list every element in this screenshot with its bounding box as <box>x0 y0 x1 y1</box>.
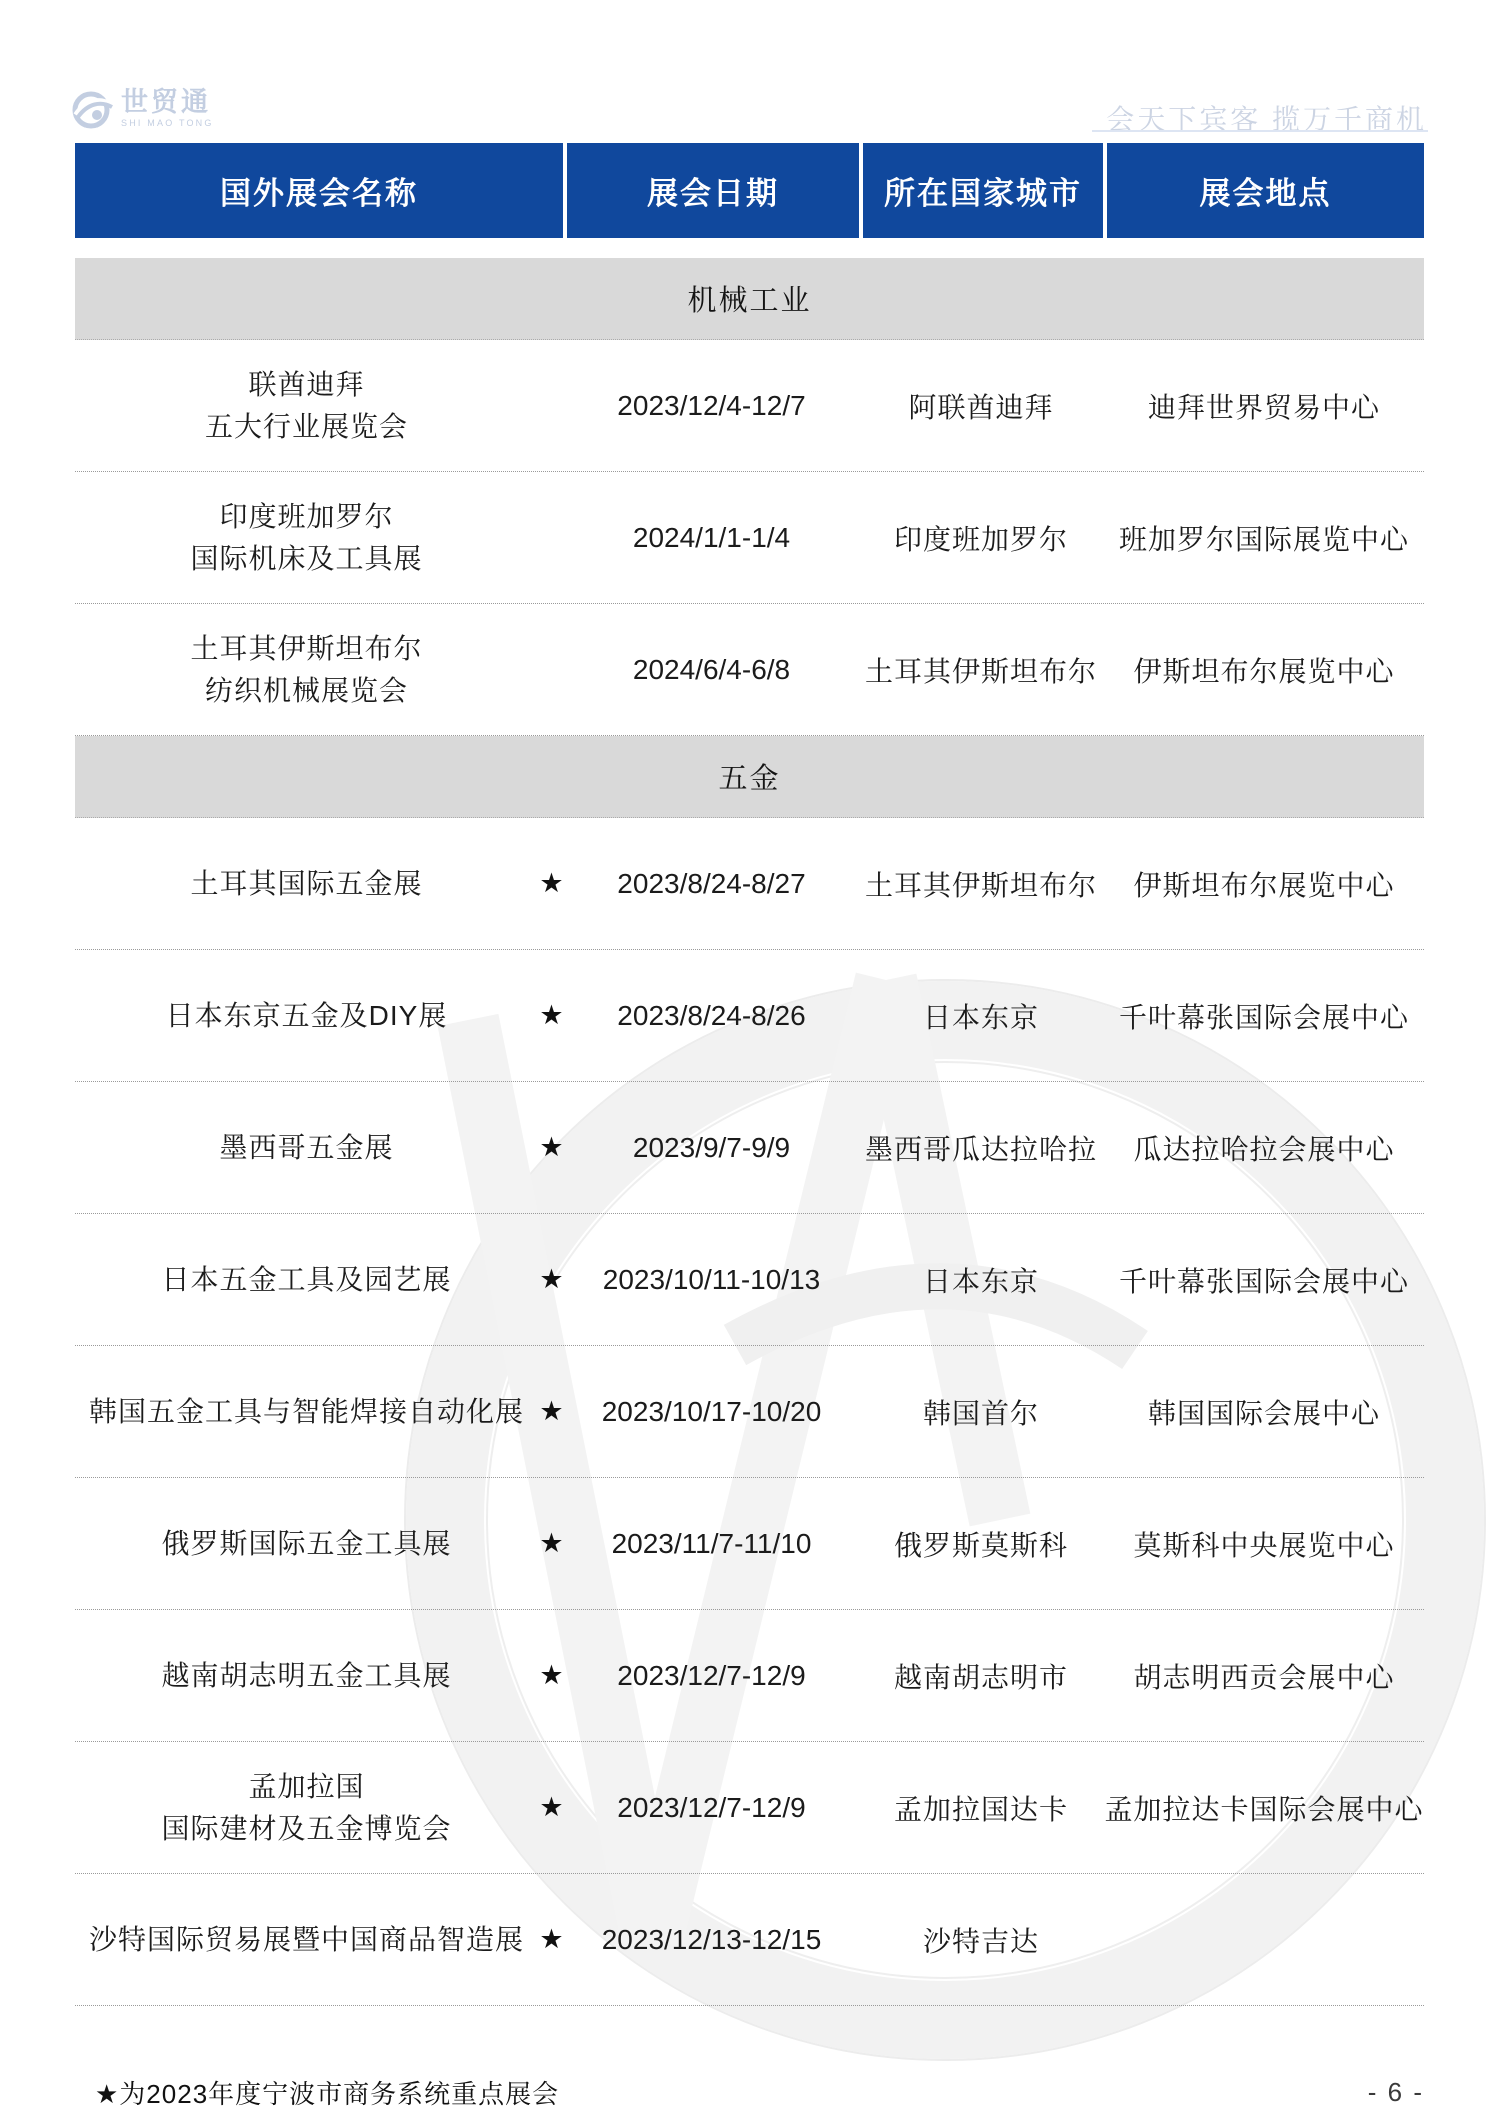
table-row: 越南胡志明五金工具展★2023/12/7-12/9越南胡志明市胡志明西贡会展中心 <box>75 1610 1424 1742</box>
country-city-cell: 日本东京 <box>858 1260 1104 1300</box>
venue-cell: 班加罗尔国际展览中心 <box>1104 518 1424 558</box>
venue-cell: 千叶幕张国际会展中心 <box>1104 1260 1424 1300</box>
country-city-cell: 孟加拉国达卡 <box>858 1788 1104 1828</box>
star-icon: ★ <box>538 1792 565 1823</box>
exhibition-name-cell: 孟加拉国 国际建材及五金博览会 <box>75 1766 538 1850</box>
exhibition-date-cell: 2023/8/24-8/26 <box>565 1000 858 1032</box>
star-icon: ★ <box>538 868 565 899</box>
star-icon: ★ <box>538 1528 565 1559</box>
document-page: 世贸通 SHI MAO TONG 会天下宾客 揽万千商机 国外展会名称 展会日期… <box>0 0 1501 2123</box>
exhibition-date-cell: 2023/8/24-8/27 <box>565 868 858 900</box>
exhibition-table: 国外展会名称 展会日期 所在国家城市 展会地点 机械工业联酋迪拜 五大行业展览会… <box>75 143 1424 2006</box>
exhibition-date-cell: 2023/12/13-12/15 <box>565 1924 858 1956</box>
country-city-cell: 印度班加罗尔 <box>858 518 1104 558</box>
country-city-cell: 土耳其伊斯坦布尔 <box>858 650 1104 690</box>
table-row: 日本五金工具及园艺展★2023/10/11-10/13日本东京千叶幕张国际会展中… <box>75 1214 1424 1346</box>
venue-cell: 孟加拉达卡国际会展中心 <box>1104 1788 1424 1828</box>
tagline-underline <box>1092 130 1428 132</box>
venue-cell: 千叶幕张国际会展中心 <box>1104 996 1424 1036</box>
exhibition-name-cell: 印度班加罗尔 国际机床及工具展 <box>75 496 538 580</box>
country-city-cell: 日本东京 <box>858 996 1104 1036</box>
table-row: 土耳其国际五金展★2023/8/24-8/27土耳其伊斯坦布尔伊斯坦布尔展览中心 <box>75 818 1424 950</box>
column-header-country-city: 所在国家城市 <box>863 143 1103 238</box>
exhibition-name-cell: 韩国五金工具与智能焊接自动化展 <box>75 1391 538 1433</box>
tagline: 会天下宾客 揽万千商机 <box>1106 98 1427 138</box>
country-city-cell: 墨西哥瓜达拉哈拉 <box>858 1128 1104 1168</box>
venue-cell: 伊斯坦布尔展览中心 <box>1104 864 1424 904</box>
star-icon: ★ <box>538 1132 565 1163</box>
table-row: 印度班加罗尔 国际机床及工具展2024/1/1-1/4印度班加罗尔班加罗尔国际展… <box>75 472 1424 604</box>
table-row: 俄罗斯国际五金工具展★2023/11/7-11/10俄罗斯莫斯科莫斯科中央展览中… <box>75 1478 1424 1610</box>
country-city-cell: 沙特吉达 <box>858 1920 1104 1960</box>
exhibition-name-cell: 土耳其国际五金展 <box>75 863 538 905</box>
table-body: 机械工业联酋迪拜 五大行业展览会2023/12/4-12/7阿联酋迪拜迪拜世界贸… <box>75 258 1424 2006</box>
country-city-cell: 土耳其伊斯坦布尔 <box>858 864 1104 904</box>
exhibition-date-cell: 2023/11/7-11/10 <box>565 1528 858 1560</box>
venue-cell: 瓜达拉哈拉会展中心 <box>1104 1128 1424 1168</box>
star-icon: ★ <box>538 1396 565 1427</box>
venue-cell: 迪拜世界贸易中心 <box>1104 386 1424 426</box>
star-icon: ★ <box>538 1660 565 1691</box>
column-header-venue: 展会地点 <box>1107 143 1424 238</box>
table-row: 联酋迪拜 五大行业展览会2023/12/4-12/7阿联酋迪拜迪拜世界贸易中心 <box>75 340 1424 472</box>
exhibition-name-cell: 沙特国际贸易展暨中国商品智造展 <box>75 1919 538 1961</box>
page-number: - 6 - <box>1368 2077 1424 2108</box>
country-city-cell: 阿联酋迪拜 <box>858 386 1104 426</box>
exhibition-date-cell: 2024/6/4-6/8 <box>565 654 858 686</box>
table-header-row: 国外展会名称 展会日期 所在国家城市 展会地点 <box>75 143 1424 238</box>
table-row: 墨西哥五金展★2023/9/7-9/9墨西哥瓜达拉哈拉瓜达拉哈拉会展中心 <box>75 1082 1424 1214</box>
footnote: ★为2023年度宁波市商务系统重点展会 <box>75 2074 559 2111</box>
exhibition-name-cell: 越南胡志明五金工具展 <box>75 1655 538 1697</box>
table-row: 土耳其伊斯坦布尔 纺织机械展览会2024/6/4-6/8土耳其伊斯坦布尔伊斯坦布… <box>75 604 1424 736</box>
exhibition-date-cell: 2024/1/1-1/4 <box>565 522 858 554</box>
star-icon: ★ <box>538 1264 565 1295</box>
star-icon: ★ <box>538 1924 565 1955</box>
exhibition-name-cell: 日本东京五金及DIY展 <box>75 995 538 1037</box>
exhibition-name-cell: 俄罗斯国际五金工具展 <box>75 1523 538 1565</box>
section-band: 五金 <box>75 736 1424 818</box>
exhibition-name-cell: 土耳其伊斯坦布尔 纺织机械展览会 <box>75 628 538 712</box>
country-city-cell: 越南胡志明市 <box>858 1656 1104 1696</box>
exhibition-name-cell: 联酋迪拜 五大行业展览会 <box>75 364 538 448</box>
venue-cell: 莫斯科中央展览中心 <box>1104 1524 1424 1564</box>
table-row: 韩国五金工具与智能焊接自动化展★2023/10/17-10/20韩国首尔韩国国际… <box>75 1346 1424 1478</box>
brand-subname: SHI MAO TONG <box>121 118 214 128</box>
exhibition-date-cell: 2023/12/4-12/7 <box>565 390 858 422</box>
page-footer: ★为2023年度宁波市商务系统重点展会 - 6 - <box>75 2074 1424 2111</box>
star-icon: ★ <box>538 1000 565 1031</box>
brand-logo: 世贸通 SHI MAO TONG <box>70 88 214 130</box>
country-city-cell: 俄罗斯莫斯科 <box>858 1524 1104 1564</box>
globe-swoosh-icon <box>70 88 114 130</box>
exhibition-date-cell: 2023/10/17-10/20 <box>565 1396 858 1428</box>
exhibition-date-cell: 2023/9/7-9/9 <box>565 1132 858 1164</box>
venue-cell: 韩国国际会展中心 <box>1104 1392 1424 1432</box>
exhibition-name-cell: 墨西哥五金展 <box>75 1127 538 1169</box>
table-row: 孟加拉国 国际建材及五金博览会★2023/12/7-12/9孟加拉国达卡孟加拉达… <box>75 1742 1424 1874</box>
section-band: 机械工业 <box>75 258 1424 340</box>
exhibition-date-cell: 2023/12/7-12/9 <box>565 1660 858 1692</box>
column-header-date: 展会日期 <box>567 143 859 238</box>
table-row: 日本东京五金及DIY展★2023/8/24-8/26日本东京千叶幕张国际会展中心 <box>75 950 1424 1082</box>
exhibition-date-cell: 2023/10/11-10/13 <box>565 1264 858 1296</box>
table-row: 沙特国际贸易展暨中国商品智造展★2023/12/13-12/15沙特吉达 <box>75 1874 1424 2006</box>
column-header-exhibition-name: 国外展会名称 <box>75 143 563 238</box>
exhibition-name-cell: 日本五金工具及园艺展 <box>75 1259 538 1301</box>
exhibition-date-cell: 2023/12/7-12/9 <box>565 1792 858 1824</box>
brand-name: 世贸通 <box>121 88 214 116</box>
venue-cell: 伊斯坦布尔展览中心 <box>1104 650 1424 690</box>
country-city-cell: 韩国首尔 <box>858 1392 1104 1432</box>
venue-cell: 胡志明西贡会展中心 <box>1104 1656 1424 1696</box>
